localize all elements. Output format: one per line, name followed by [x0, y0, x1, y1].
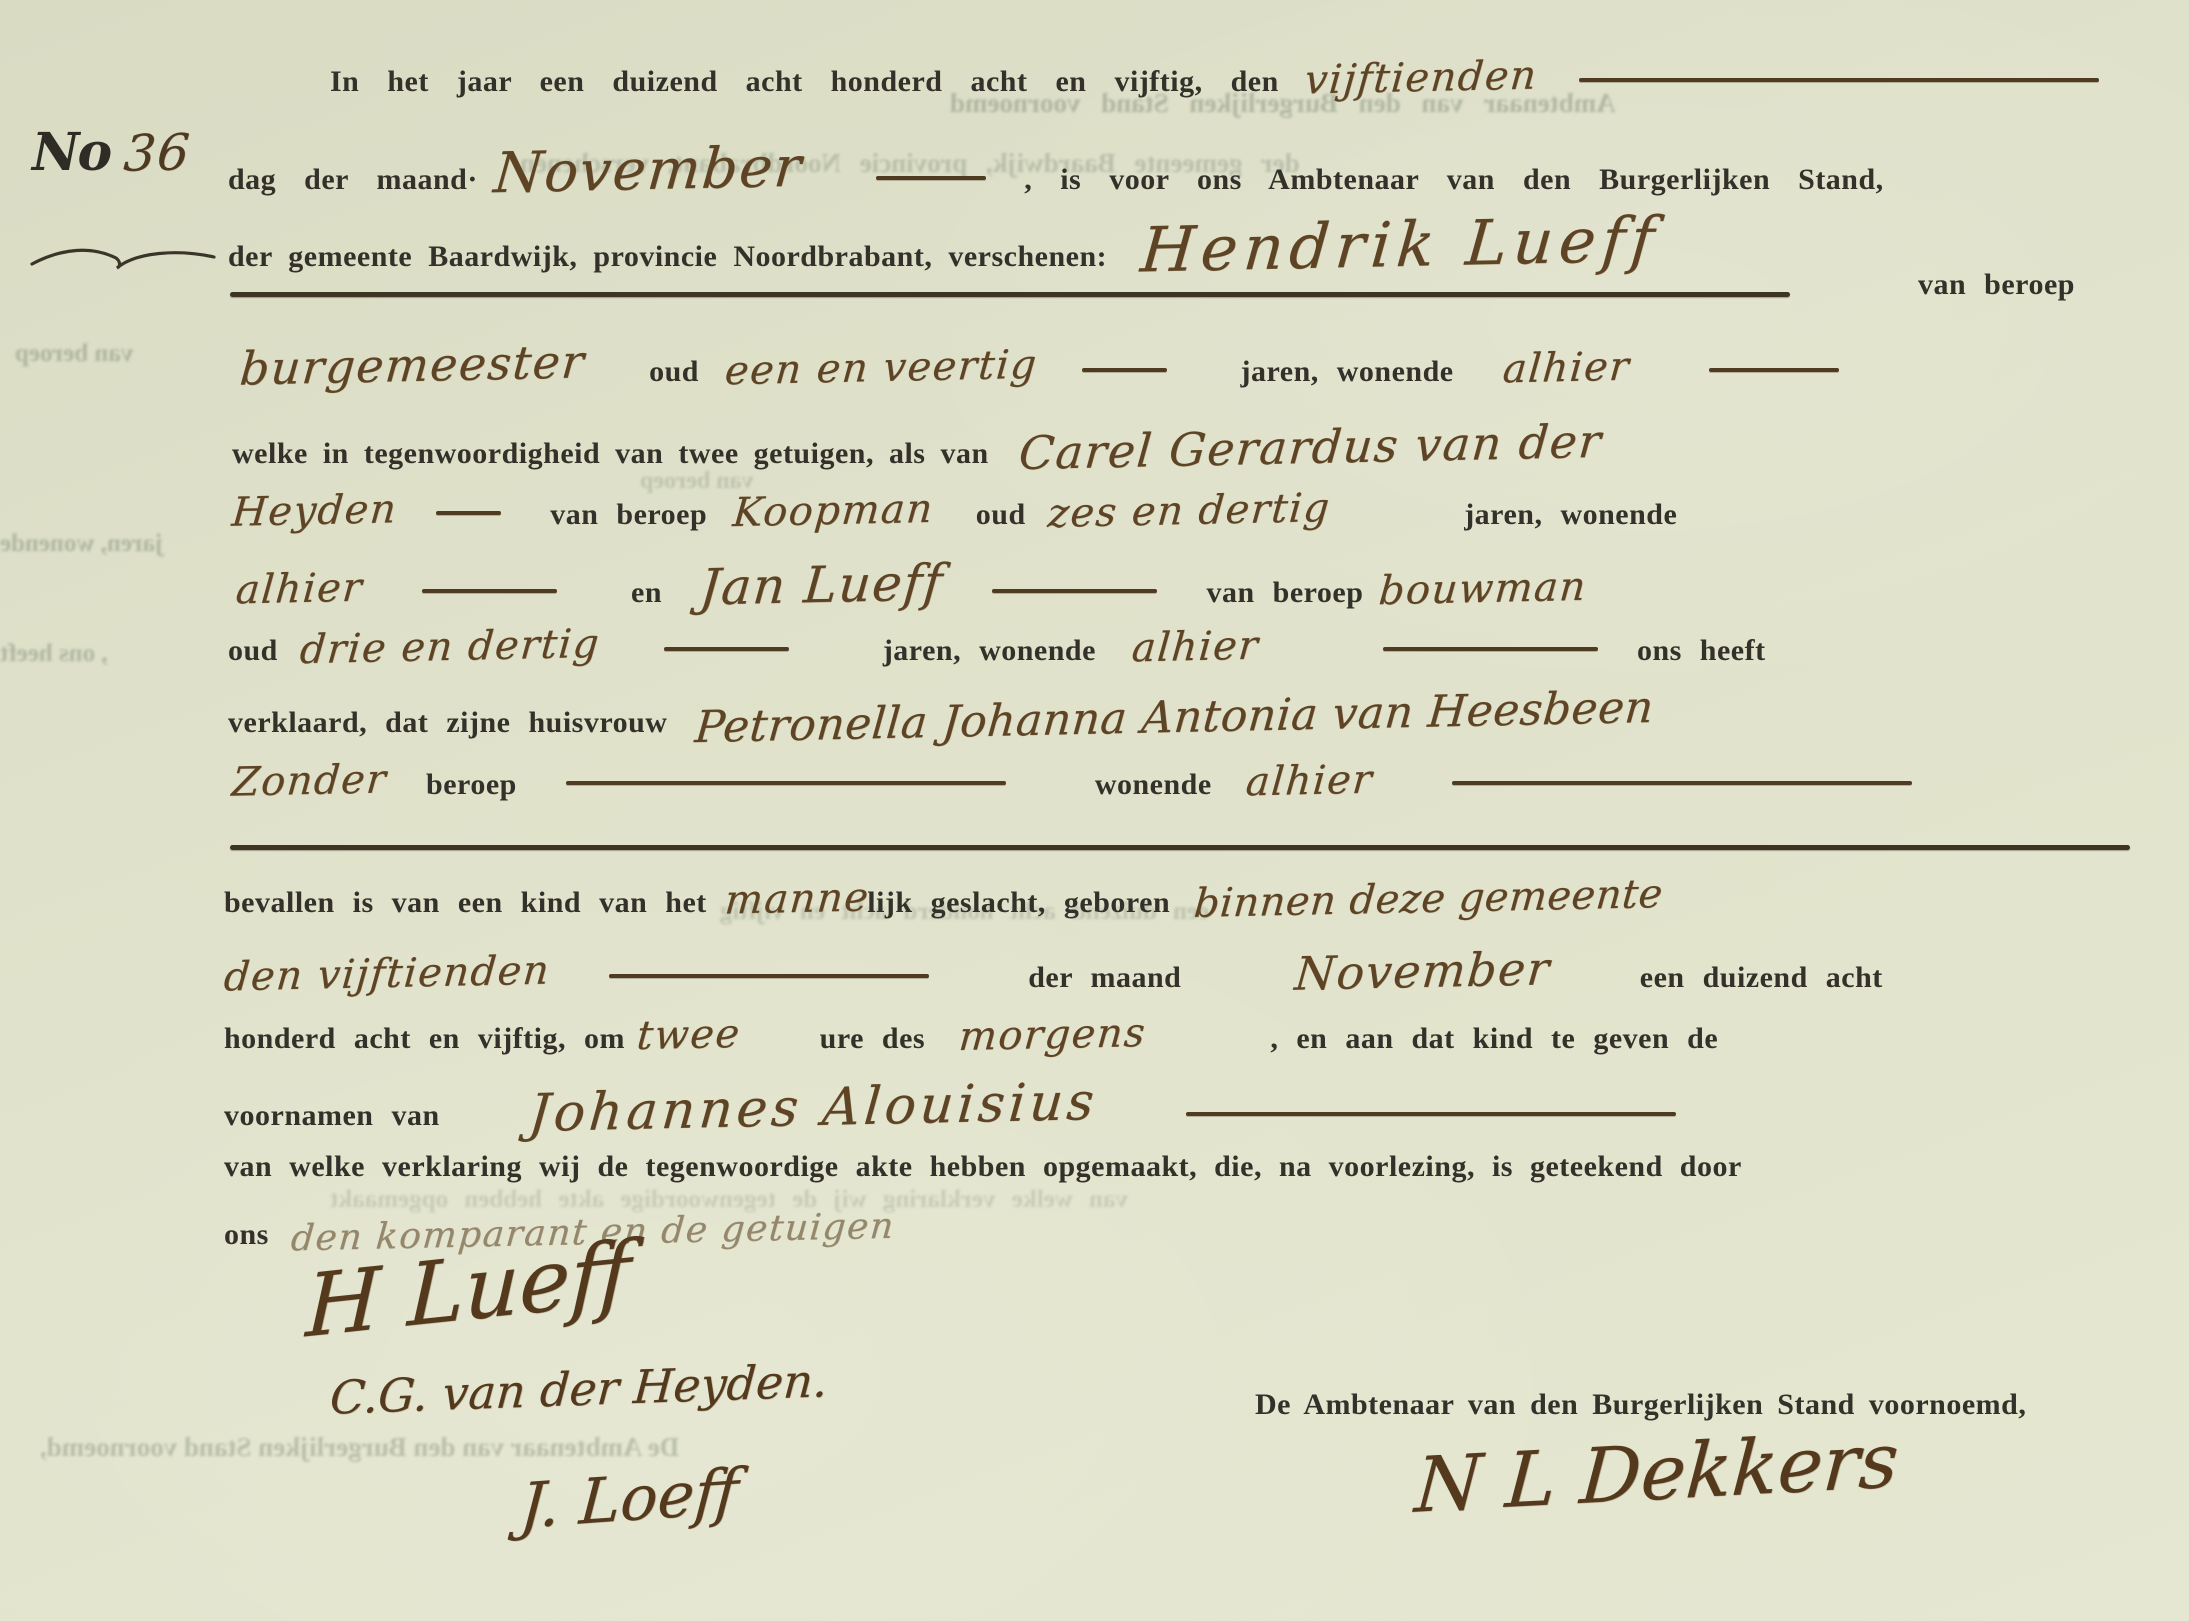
line-child-birth: bevallen is van een kind van het manne l… [224, 876, 1663, 922]
handwritten-age: een en veertig [723, 342, 1039, 395]
line-birth-date: den vijftienden der maand November een d… [224, 944, 1883, 998]
fill-dash [664, 647, 789, 651]
printed-text: oud [976, 498, 1026, 531]
handwritten-hour: twee [635, 1011, 743, 1059]
line-birth-time: honderd acht en vijftig, om twee ure des… [224, 1012, 1718, 1058]
line-municipality-declarant: der gemeente Baardwijk, provincie Noordb… [228, 208, 1660, 281]
handwritten-profession: burgemeester [238, 334, 588, 395]
handwritten-witness2-name: Jan Lueff [698, 553, 946, 616]
line-witnesses-intro: welke in tegenwoordigheid van twee getui… [232, 420, 1602, 474]
printed-text: oud [228, 634, 278, 667]
fill-dash [1579, 78, 2099, 82]
handwritten-day: vijftienden [1303, 53, 1539, 104]
line-month: dag der maand· November , is voor ons Am… [228, 138, 1884, 203]
fill-dash [1186, 1112, 1676, 1116]
printed-text: lijk geslacht, geboren [867, 886, 1170, 919]
line-mother-profession: Zonder beroep wonende alhier [232, 758, 1912, 804]
printed-text: ons heeft [1637, 634, 1766, 667]
line-child-names: voornamen van Johannes Alouisius [224, 1078, 1676, 1138]
line-witness1-details: Heyden van beroep Koopman oud zes en der… [232, 488, 1677, 534]
printed-text: De Ambtenaar van den Burgerlijken Stand … [1255, 1388, 2026, 1421]
printed-text: verklaard, dat zijne huisvrouw [228, 706, 667, 739]
birth-certificate-scan: Ambtenaar van den Burgerlijken Stand voo… [0, 0, 2189, 1621]
handwritten-time-of-day: morgens [957, 1010, 1148, 1060]
printed-text: beroep [426, 768, 517, 801]
line-year-day: In het jaar een duizend acht honderd ach… [330, 55, 2099, 101]
printed-text: van beroep [1918, 268, 2075, 301]
fill-dash [1452, 781, 1912, 785]
bleed-through-text: van beroep [15, 340, 133, 368]
signature-witness1: C.G. van der Heyden. [328, 1353, 829, 1425]
printed-text: van beroep [1206, 576, 1363, 609]
handwritten-birth-month: November [1293, 941, 1553, 1000]
fill-dash [609, 974, 929, 978]
act-number: No36 [32, 122, 191, 183]
printed-text: , en aan dat kind te geven de [1270, 1022, 1718, 1055]
printed-text: voornamen van [224, 1099, 440, 1132]
printed-text: jaren, wonende [1241, 355, 1454, 388]
handwritten-birth-day: den vijftienden [222, 948, 552, 1001]
printed-text: der gemeente Baardwijk, provincie Noordb… [228, 240, 1107, 273]
printed-text: jaren, wonende [1464, 498, 1677, 531]
fill-dash [1082, 368, 1167, 372]
printed-text: van beroep [550, 498, 707, 531]
handwritten-child-names: Johannes Alouisius [526, 1072, 1100, 1144]
printed-text: een duizend acht [1640, 961, 1883, 994]
printed-text: bevallen is van een kind van het [224, 886, 707, 919]
handwritten-witness2-age: drie en dertig [298, 621, 602, 673]
bleed-through-text: jaren, wonende [0, 530, 163, 558]
line-mother: verklaard, dat zijne huisvrouw Petronell… [228, 692, 1654, 743]
fill-rule [230, 292, 1790, 297]
line-declarant-details: burgemeester oud een en veertig jaren, w… [240, 338, 1839, 392]
handwritten-declarant-name: Hendrik Lueff [1138, 202, 1663, 286]
handwritten-witness1-age: zes en dertig [1046, 485, 1332, 537]
fill-dash [1383, 647, 1598, 651]
act-number-label: No [32, 122, 110, 183]
handwritten-mother-name: Petronella Johanna Antonia van Heesbeen [693, 682, 1656, 753]
printed-text: , is voor ons Ambtenaar van den Burgerli… [1024, 163, 1884, 196]
signature-official: N L Dekkers [1412, 1415, 1901, 1530]
printed-text: welke in tegenwoordigheid van twee getui… [232, 437, 989, 470]
printed-text: dag der maand· [228, 163, 478, 196]
printed-text: ons [224, 1218, 269, 1251]
signature-witness2: J. Loeff [518, 1454, 741, 1543]
section-rule [230, 845, 2130, 850]
fill-dash [992, 589, 1157, 593]
fill-dash [436, 511, 501, 515]
handwritten-witness2-profession: bouwman [1378, 564, 1590, 614]
printed-text: van welke verklaring wij de tegenwoordig… [224, 1150, 1742, 1183]
line-witness2-intro: alhier en Jan Lueff van beroep bouwman [236, 556, 1587, 614]
line-profession-label: van beroep [1918, 268, 2075, 302]
official-title: De Ambtenaar van den Burgerlijken Stand … [1255, 1388, 2026, 1422]
printed-text: jaren, wonende [883, 634, 1096, 667]
handwritten-witness1-surname: Heyden [230, 486, 399, 536]
act-number-value: 36 [122, 123, 193, 183]
fill-dash [876, 176, 986, 180]
handwritten-residence: alhier [1501, 344, 1632, 393]
handwritten-residence: alhier [1244, 757, 1375, 806]
bleed-through-text: De Ambtenaar van den Burgerlijken Stand … [40, 1432, 679, 1463]
handwritten-residence: alhier [234, 565, 365, 614]
line-witness2-details: oud drie en dertig jaren, wonende alhier… [228, 624, 1766, 670]
printed-text: en [631, 576, 662, 609]
handwritten-witness1-profession: Koopman [731, 486, 935, 536]
fill-dash [1709, 368, 1839, 372]
handwritten-witness1-name: Carel Gerardus van der [1016, 414, 1604, 480]
printed-text: der maand [1028, 961, 1181, 994]
printed-text: ure des [820, 1022, 925, 1055]
handwritten-residence: alhier [1130, 623, 1261, 672]
printed-text: wonende [1095, 768, 1212, 801]
bleed-through-text: , ons heeft [0, 640, 108, 668]
handwritten-birthplace: binnen deze gemeente [1192, 871, 1665, 927]
printed-text: oud [649, 355, 699, 388]
printed-text: honderd acht en vijftig, om [224, 1022, 625, 1055]
handwritten-month: November [491, 135, 805, 207]
margin-flourish [28, 240, 218, 276]
printed-text: In het jaar een duizend acht honderd ach… [330, 65, 1279, 98]
handwritten-text: Zonder [230, 756, 389, 805]
fill-dash [422, 589, 557, 593]
fill-dash [566, 781, 1006, 785]
handwritten-gender: manne [723, 874, 871, 923]
line-closing: van welke verklaring wij de tegenwoordig… [224, 1150, 1742, 1184]
